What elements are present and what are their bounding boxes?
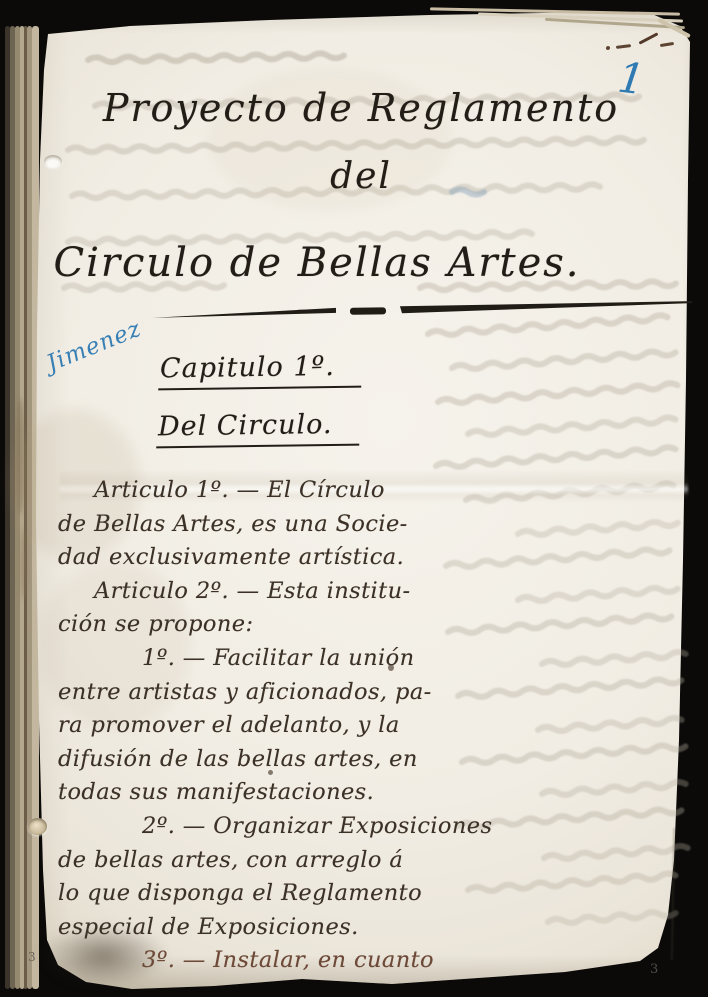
body-line: difusión de las bellas artes, en	[58, 743, 488, 777]
body-line: entre artistas y aficionados, pa-	[58, 676, 488, 710]
pencil-folio-bottom-right: 3	[650, 962, 658, 977]
manuscript-scan: Proyecto de Reglamento del Circulo de Be…	[0, 0, 708, 997]
body-line: dad exclusivamente artística.	[58, 541, 488, 575]
body-line: todas sus manifestaciones.	[58, 776, 488, 810]
body-line: 2º. — Organizar Exposiciones	[58, 810, 488, 844]
document-title-line1: Proyecto de Reglamento	[40, 86, 682, 130]
body-line: de bellas artes, con arreglo á	[58, 844, 488, 878]
section-heading: Del Circulo.	[156, 409, 359, 449]
paper-hole	[28, 818, 47, 835]
chapter-heading: Capitulo 1º.	[158, 351, 361, 391]
body-line: especial de Exposiciones.	[58, 911, 488, 945]
body-line: de Bellas Artes, es una Socie-	[58, 508, 488, 542]
body-text: Articulo 1º. — El Círculode Bellas Artes…	[58, 474, 488, 978]
body-line: 1º. — Facilitar la unión	[58, 642, 488, 676]
pencil-folio-bottom-left: 3	[28, 950, 36, 964]
body-line: ción se propone:	[58, 608, 488, 642]
paper-hole	[44, 155, 62, 168]
section-heading-wrap: Del Circulo.	[156, 410, 359, 447]
body-line: Articulo 1º. — El Círculo	[58, 474, 488, 508]
body-line: Articulo 2º. — Esta institu-	[58, 575, 488, 609]
binding-stain	[20, 528, 27, 600]
chapter-heading-wrap: Capitulo 1º.	[158, 352, 361, 389]
body-line: lo que disponga el Reglamento	[58, 877, 488, 911]
document-title-line2: del	[40, 156, 682, 197]
body-line: ra promover el adelanto, y la	[58, 709, 488, 743]
body-line: 3º. — Instalar, en cuanto	[58, 944, 488, 978]
